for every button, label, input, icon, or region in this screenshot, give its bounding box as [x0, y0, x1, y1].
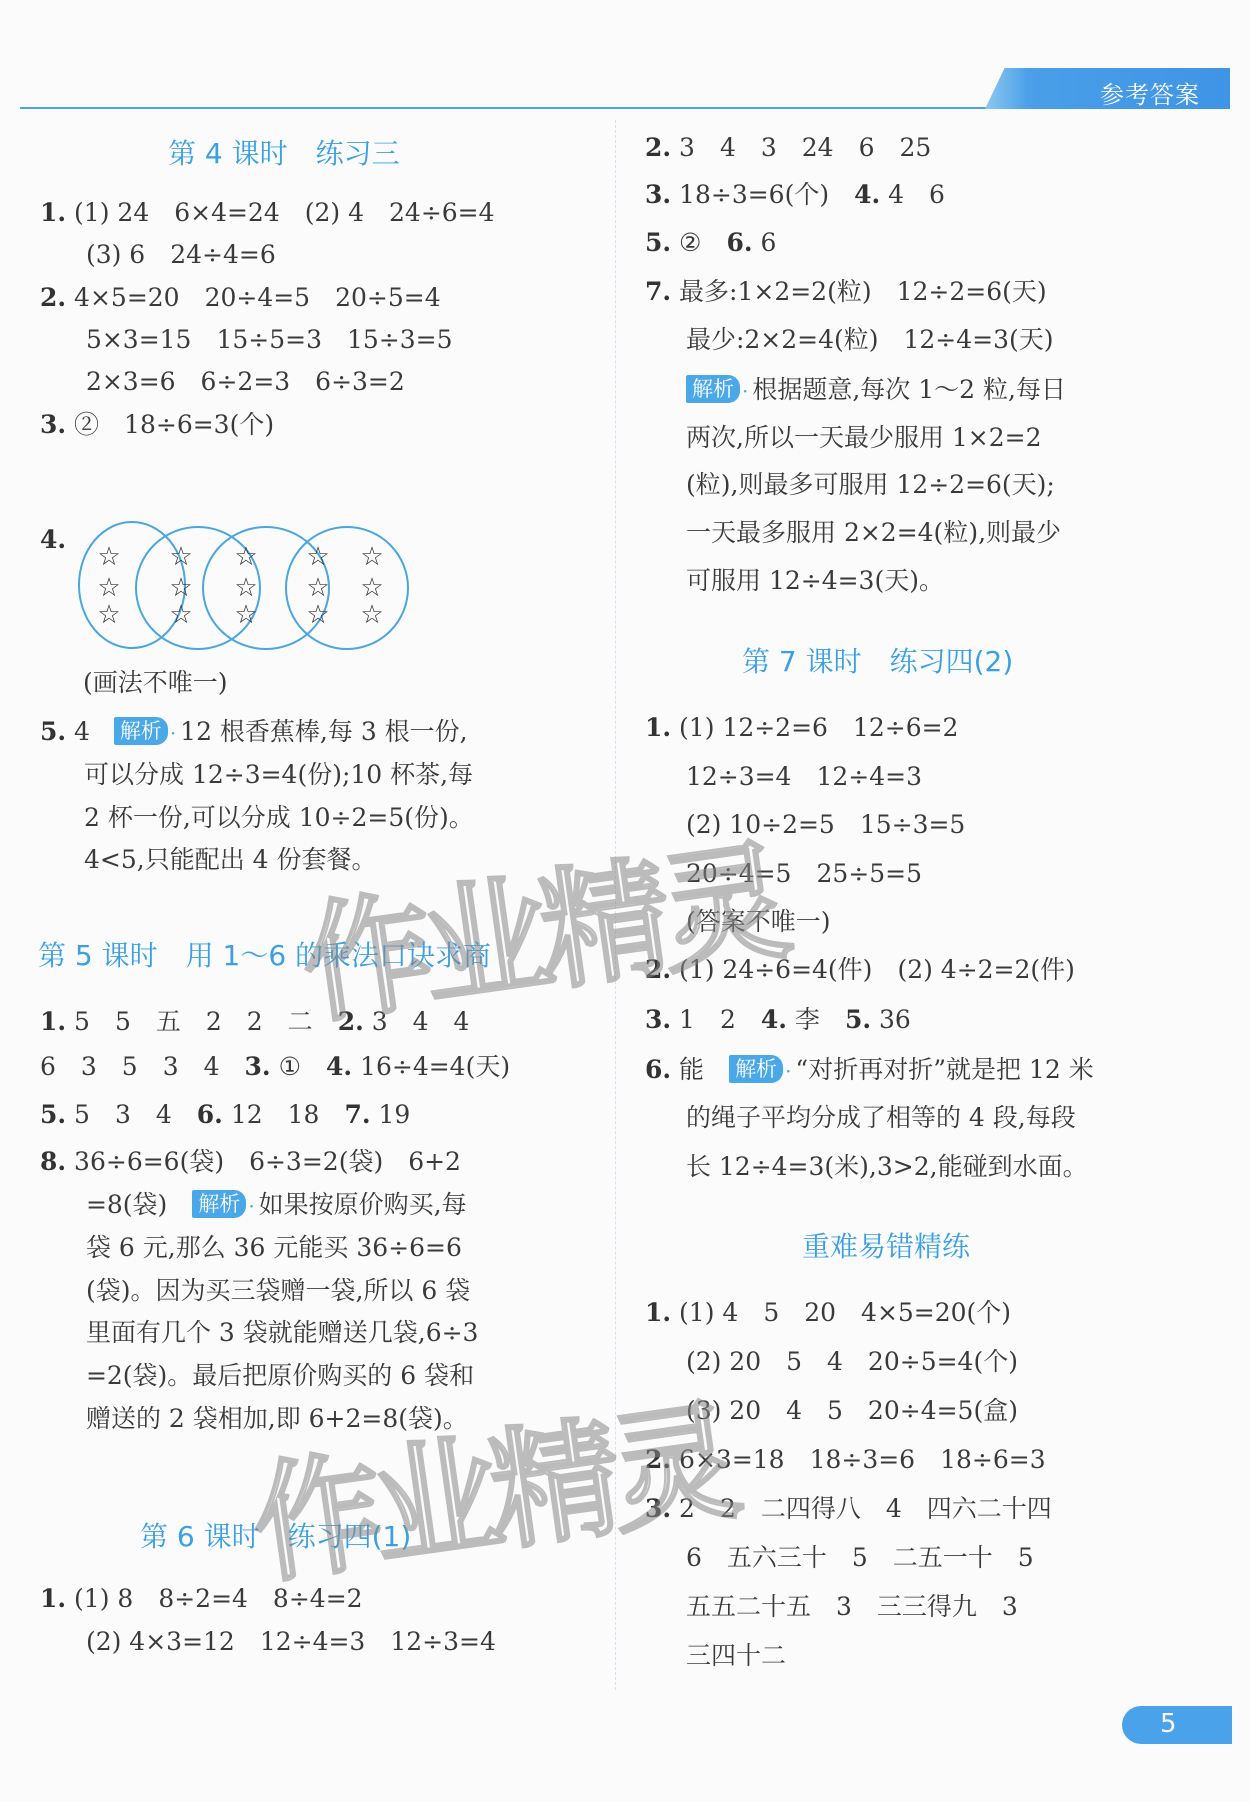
star-icon: ☆ [234, 542, 257, 572]
header-tab-label: 参考答案 [1100, 75, 1200, 110]
analysis-badge: 解析 [729, 1055, 783, 1083]
answer-line: =8(袋) 解析·如果按原价购买,每 [78, 1190, 467, 1221]
analysis-line: 袋 6 元,那么 36 元能买 36÷6=6 [78, 1233, 462, 1263]
answer-line: 1. (1) 4 5 20 4×5=20(个) [645, 1298, 1011, 1328]
section-title-review: 重难易错精练 [802, 1225, 970, 1265]
drawing-note: (画法不唯一) [83, 668, 228, 698]
answer-line: 7. 最多:1×2=2(粒) 12÷2=6(天) [645, 277, 1047, 307]
watermark: 作业精灵 [239, 1358, 740, 1610]
analysis-line: 可以分成 12÷3=4(份);10 杯茶,每 [84, 760, 473, 790]
analysis-line: 长 12÷4=3(米),3>2,能碰到水面。 [678, 1152, 1088, 1182]
answer-line: 2. 3 4 3 24 6 25 [645, 133, 931, 163]
answer-line: (2) 20 5 4 20÷5=4(个) [678, 1347, 1018, 1377]
answer-line: 最少:2×2=4(粒) 12÷4=3(天) [678, 325, 1054, 355]
answer-line: 3. 18÷3=6(个) 4. 4 6 [645, 180, 945, 210]
answer-line: 6 五六三十 5 二五一十 5 [678, 1543, 1034, 1573]
answer-line: 1. (1) 12÷2=6 12÷6=2 [645, 713, 958, 743]
answer-line: 5. ② 6. 6 [645, 228, 776, 258]
star-icon: ☆ [169, 573, 192, 603]
analysis-line: 里面有几个 3 袋就能赠送几袋,6÷3 [78, 1318, 478, 1348]
star-icon: ☆ [306, 600, 329, 630]
star-icon: ☆ [234, 600, 257, 630]
star-icon: ☆ [97, 573, 120, 603]
analysis-line: (袋)。因为买三袋赠一袋,所以 6 袋 [78, 1276, 470, 1306]
star-icon: ☆ [234, 573, 257, 603]
answer-line: 五五二十五 3 三三得九 3 [678, 1592, 1018, 1622]
star-icon: ☆ [97, 542, 120, 572]
answer-line: 12÷3=4 12÷4=3 [678, 762, 922, 792]
star-icon: ☆ [97, 600, 120, 630]
badge-dot-icon: · [248, 1194, 254, 1218]
star-icon: ☆ [360, 600, 383, 630]
analysis-line: 的绳子平均分成了相等的 4 段,每段 [678, 1103, 1076, 1133]
group-circle [286, 527, 408, 649]
answer-line: (3) 20 4 5 20÷4=5(盒) [678, 1396, 1018, 1426]
badge-dot-icon: · [170, 721, 176, 745]
answer-line: 3. 1 2 4. 李 5. 36 [645, 1005, 911, 1035]
analysis-badge: 解析 [686, 375, 740, 403]
answer-line: 5. 5 3 4 6. 12 18 7. 19 [40, 1100, 410, 1130]
star-icon: ☆ [306, 542, 329, 572]
header-tab: 参考答案 [985, 68, 1230, 109]
star-grouping-diagram: ☆☆☆☆☆☆☆☆☆☆☆☆☆☆☆ [0, 0, 620, 700]
page-number-tab: 5 [1122, 1706, 1232, 1744]
analysis-line: (粒),则最多可服用 12÷2=6(天); [686, 470, 1055, 500]
badge-dot-icon: · [785, 1059, 791, 1083]
answer-line: 解析·根据题意,每次 1～2 粒,每日 [686, 375, 1066, 406]
analysis-line: 一天最多服用 2×2=4(粒),则最少 [686, 518, 1061, 548]
star-icon: ☆ [169, 542, 192, 572]
badge-dot-icon: · [742, 379, 748, 403]
answer-line: 6. 能 解析·“对折再对折”就是把 12 米 [645, 1055, 1094, 1086]
star-icon: ☆ [360, 542, 383, 572]
analysis-line: 2 杯一份,可以分成 10÷2=5(份)。 [84, 803, 474, 833]
analysis-line: 两次,所以一天最少服用 1×2=2 [686, 423, 1042, 453]
section-title-lesson7: 第 7 课时 练习四(2) [742, 640, 1013, 680]
analysis-line: 可服用 12÷4=3(天)。 [686, 566, 944, 596]
star-icon: ☆ [360, 573, 383, 603]
answer-line: 三四十二 [678, 1641, 786, 1671]
star-icon: ☆ [306, 573, 329, 603]
answer-line: 8. 36÷6=6(袋) 6÷3=2(袋) 6+2 [40, 1147, 461, 1177]
answer-line: 6 3 5 3 4 3. ① 4. 16÷4=4(天) [40, 1052, 510, 1082]
star-icon: ☆ [169, 600, 192, 630]
answer-line: (2) 4×3=12 12÷4=3 12÷3=4 [78, 1627, 496, 1657]
analysis-line: =2(袋)。最后把原价购买的 6 袋和 [78, 1361, 474, 1391]
answer-line: 5. 4 解析·12 根香蕉棒,每 3 根一份, [40, 717, 468, 748]
page-number: 5 [1160, 1709, 1177, 1739]
analysis-badge: 解析 [192, 1190, 246, 1218]
analysis-badge: 解析 [114, 717, 168, 745]
